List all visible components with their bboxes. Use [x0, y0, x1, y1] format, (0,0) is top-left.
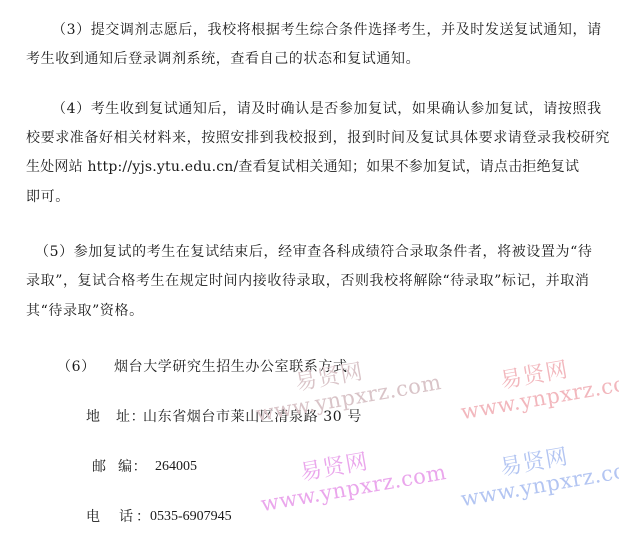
watermark-url: www.ynpxrz.com — [459, 369, 619, 423]
phone-label-2: 话 — [119, 509, 134, 525]
phone-value: 0535-6907945 — [150, 509, 232, 525]
paragraph-line: （5）参加复试的考生在复试结束后，经审查各科成绩符合录取条件者，将被设置为“待 — [35, 244, 592, 260]
watermark-cn: 易贤网 — [498, 432, 619, 481]
postcode-label-1: 邮 — [92, 459, 107, 475]
paragraph-line: 其“待录取”资格。 — [26, 303, 144, 319]
paragraph-line: 录取”，复试合格考生在规定时间内接收待录取，否则我校将解除“待录取”标记，并取消 — [26, 273, 589, 289]
watermark-cn: 易贤网 — [298, 437, 444, 486]
postcode-label-2: 编： — [118, 459, 147, 475]
postcode-value: 264005 — [155, 459, 197, 475]
watermark: 易贤网 www.ynpxrz.com — [455, 432, 619, 510]
paragraph-line: 校要求准备好相关材料来，按照安排到我校报到，报到时间及复试具体要求请登录我校研究 — [26, 130, 610, 146]
address-label-1: 地 — [86, 409, 101, 425]
watermark-url: www.ynpxrz.com — [459, 456, 619, 510]
phone-separator: ： — [136, 509, 151, 525]
watermark-url: www.ynpxrz.com — [259, 461, 448, 515]
contact-title: 烟台大学研究生招生办公室联系方式 — [114, 359, 348, 375]
contact-number: （6） — [57, 359, 96, 375]
paragraph-line-with-link: 生处网站 http://yjs.ytu.edu.cn/查看复试相关通知；如果不参… — [26, 159, 579, 175]
watermark-cn: 易贤网 — [498, 345, 619, 394]
address-label-2: 址： — [116, 409, 145, 425]
watermark: 易贤网 www.ynpxrz.com — [455, 345, 619, 423]
paragraph-line: 即可。 — [26, 189, 70, 205]
watermark: 易贤网 www.ynpxrz.com — [255, 437, 448, 515]
phone-label-1: 电 — [86, 509, 101, 525]
paragraph-line: （4）考生收到复试通知后，请及时确认是否参加复试，如果确认参加复试，请按照我 — [52, 101, 602, 117]
paragraph-line: 考生收到通知后登录调剂系统，查看自己的状态和复试通知。 — [26, 51, 420, 67]
address-value: 山东省烟台市莱山区清泉路 30 号 — [143, 409, 362, 425]
paragraph-line: （3）提交调剂志愿后，我校将根据考生综合条件选择考生，并及时发送复试通知，请 — [52, 22, 602, 38]
